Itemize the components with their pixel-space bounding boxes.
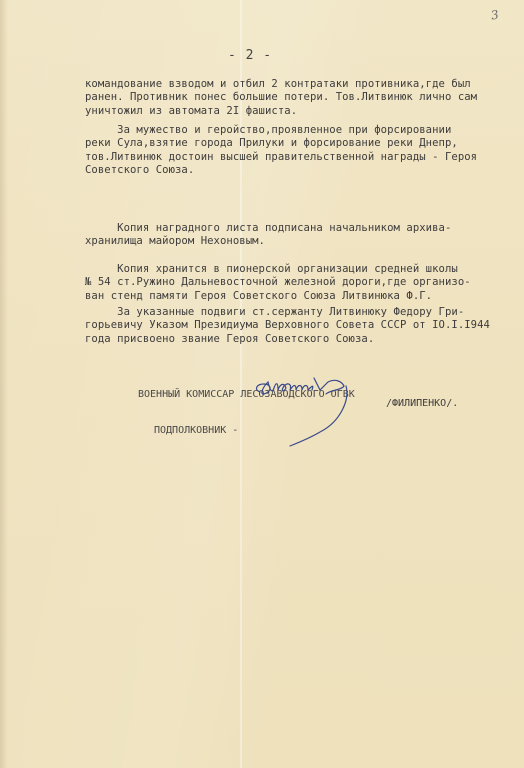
paragraph-1: командование взводом и отбил 2 контратак… [85, 78, 477, 118]
paragraph-3: Копия наградного листа подписана начальн… [85, 222, 451, 249]
page-edge-shadow [0, 0, 8, 768]
page-number: - 2 - [228, 48, 272, 63]
paragraph-2: За мужество и геройство,проявленное при … [85, 124, 477, 177]
document-page: 3 - 2 - командование взводом и отбил 2 к… [0, 0, 524, 768]
signatory-name: /ФИЛИПЕНКО/. [386, 398, 458, 409]
archive-sheet-number: 3 [490, 7, 500, 22]
paragraph-4: Копия хранится в пионерской организации … [85, 263, 471, 303]
paragraph-5: За указанные подвиги ст.сержанту Литвиню… [85, 306, 490, 346]
